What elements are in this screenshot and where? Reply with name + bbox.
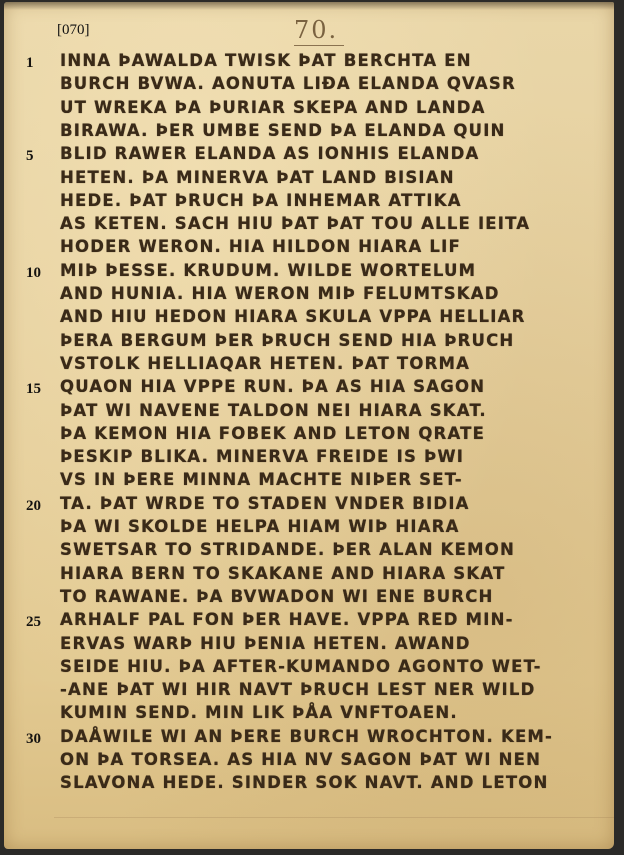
manuscript-line: 25ARHALF PAL FON ÞER HAVE. VPPA RED MIN- [4, 610, 614, 634]
manuscript-line: TO RAWANE. ÞA BVWADON WI ENE BURCH [4, 587, 614, 611]
line-text: BIRAWA. ÞER UMBE SEND ÞA ELANDA QUIN [60, 121, 506, 140]
line-text: ARHALF PAL FON ÞER HAVE. VPPA RED MIN- [60, 610, 514, 629]
line-number: 25 [26, 614, 50, 631]
line-text: TA. ÞAT WRDE TO STADEN VNDER BIDIA [60, 494, 470, 513]
line-text: BURCH BVWA. AONUTA LIÐA ELANDA QVASR [60, 74, 516, 93]
manuscript-line: AS KETEN. SACH HIU ÞAT ÞAT TOU ALLE IEIT… [4, 214, 614, 238]
line-text: ÞESKIP BLIKA. MINERVA FREIDE IS ÞWI [60, 447, 464, 466]
manuscript-line: HIARA BERN TO SKAKANE AND HIARA SKAT [4, 564, 614, 588]
line-text: INNA ÞAWALDA TWISK ÞAT BERCHTA EN [60, 51, 472, 70]
line-text: ÞAT WI NAVENE TALDON NEI HIARA SKAT. [60, 401, 487, 420]
manuscript-line: SEIDE HIU. ÞA AFTER-KUMANDO AGONTO WET- [4, 657, 614, 681]
line-text: ERVAS WARÞ HIU ÞENIA HETEN. AWAND [60, 634, 471, 653]
manuscript-line: ÞA WI SKOLDE HELPA HIAM WIÞ HIARA [4, 517, 614, 541]
manuscript-line: ERVAS WARÞ HIU ÞENIA HETEN. AWAND [4, 634, 614, 658]
line-text: VSTOLK HELLIAQAR HETEN. ÞAT TORMA [60, 354, 470, 373]
line-text: KUMIN SEND. MIN LIK ÞÅA VNFTOAEN. [60, 703, 458, 722]
line-text: UT WREKA ÞA ÞURIAR SKEPA AND LANDA [60, 98, 486, 117]
folio-number: 70. [294, 16, 344, 46]
line-text: MIÞ ÞESSE. KRUDUM. WILDE WORTELUM [60, 261, 476, 280]
line-text: AS KETEN. SACH HIU ÞAT ÞAT TOU ALLE IEIT… [60, 214, 530, 233]
line-text: TO RAWANE. ÞA BVWADON WI ENE BURCH [60, 587, 494, 606]
line-text: ÞERA BERGUM ÞER ÞRUCH SEND HIA ÞRUCH [60, 331, 514, 350]
line-text: HIARA BERN TO SKAKANE AND HIARA SKAT [60, 564, 505, 583]
manuscript-line: SLAVONA HEDE. SINDER SOK NAVT. AND LETON [4, 773, 614, 797]
line-text: AND HIU HEDON HIARA SKULA VPPA HELLIAR [60, 307, 526, 326]
line-text: BLID RAWER ELANDA AS IONHIS ELANDA [60, 144, 479, 163]
line-text: AND HUNIA. HIA WERON MIÞ FELUMTSKAD [60, 284, 500, 303]
line-text: SLAVONA HEDE. SINDER SOK NAVT. AND LETON [60, 773, 549, 792]
line-number: 10 [26, 265, 50, 282]
manuscript-line: ÞESKIP BLIKA. MINERVA FREIDE IS ÞWI [4, 447, 614, 471]
line-text: DAÅWILE WI AN ÞERE BURCH WROCHTON. KEM- [60, 727, 553, 746]
line-text: VS IN ÞERE MINNA MACHTE NIÞER SET- [60, 470, 463, 489]
line-text: HETEN. ÞA MINERVA ÞAT LAND BISIAN [60, 168, 455, 187]
line-text: ON ÞA TORSEA. AS HIA NV SAGON ÞAT WI NEN [60, 750, 541, 769]
line-text: HEDE. ÞAT ÞRUCH ÞA INHEMAR ATTIKA [60, 191, 462, 210]
bottom-ruling [54, 817, 614, 818]
manuscript-line: ÞAT WI NAVENE TALDON NEI HIARA SKAT. [4, 401, 614, 425]
manuscript-line: BURCH BVWA. AONUTA LIÐA ELANDA QVASR [4, 74, 614, 98]
line-text: HODER WERON. HIA HILDON HIARA LIF [60, 237, 461, 256]
line-text: SWETSAR TO STRIDANDE. ÞER ALAN KEMON [60, 540, 515, 559]
manuscript-line: VS IN ÞERE MINNA MACHTE NIÞER SET- [4, 470, 614, 494]
manuscript-line: 20TA. ÞAT WRDE TO STADEN VNDER BIDIA [4, 494, 614, 518]
manuscript-line: HETEN. ÞA MINERVA ÞAT LAND BISIAN [4, 168, 614, 192]
line-text: ÞA KEMON HIA FOBEK AND LETON QRATE [60, 424, 485, 443]
manuscript-line: 30DAÅWILE WI AN ÞERE BURCH WROCHTON. KEM… [4, 727, 614, 751]
manuscript-line: ON ÞA TORSEA. AS HIA NV SAGON ÞAT WI NEN [4, 750, 614, 774]
manuscript-line: UT WREKA ÞA ÞURIAR SKEPA AND LANDA [4, 98, 614, 122]
line-text: QUAON HIA VPPE RUN. ÞA AS HIA SAGON [60, 377, 485, 396]
manuscript-line: 15QUAON HIA VPPE RUN. ÞA AS HIA SAGON [4, 377, 614, 401]
manuscript-line: HODER WERON. HIA HILDON HIARA LIF [4, 237, 614, 261]
manuscript-line: VSTOLK HELLIAQAR HETEN. ÞAT TORMA [4, 354, 614, 378]
manuscript-line: -ANE ÞAT WI HIR NAVT ÞRUCH LEST NER WILD [4, 680, 614, 704]
manuscript-line: KUMIN SEND. MIN LIK ÞÅA VNFTOAEN. [4, 703, 614, 727]
line-text: SEIDE HIU. ÞA AFTER-KUMANDO AGONTO WET- [60, 657, 542, 676]
manuscript-line: SWETSAR TO STRIDANDE. ÞER ALAN KEMON [4, 540, 614, 564]
manuscript-line: 5BLID RAWER ELANDA AS IONHIS ELANDA [4, 144, 614, 168]
manuscript-line: HEDE. ÞAT ÞRUCH ÞA INHEMAR ATTIKA [4, 191, 614, 215]
line-number: 20 [26, 498, 50, 515]
line-number: 5 [26, 148, 50, 165]
line-number: 1 [26, 55, 50, 72]
manuscript-line: ÞA KEMON HIA FOBEK AND LETON QRATE [4, 424, 614, 448]
manuscript-line: 10MIÞ ÞESSE. KRUDUM. WILDE WORTELUM [4, 261, 614, 285]
line-number: 30 [26, 731, 50, 748]
manuscript-line: BIRAWA. ÞER UMBE SEND ÞA ELANDA QUIN [4, 121, 614, 145]
line-text: ÞA WI SKOLDE HELPA HIAM WIÞ HIARA [60, 517, 460, 536]
manuscript-line: ÞERA BERGUM ÞER ÞRUCH SEND HIA ÞRUCH [4, 331, 614, 355]
manuscript-page: [070] 70. 1INNA ÞAWALDA TWISK ÞAT BERCHT… [4, 2, 614, 849]
line-number: 15 [26, 381, 50, 398]
manuscript-line: 1INNA ÞAWALDA TWISK ÞAT BERCHTA EN [4, 51, 614, 75]
manuscript-line: AND HIU HEDON HIARA SKULA VPPA HELLIAR [4, 307, 614, 331]
page-reference: [070] [57, 22, 90, 39]
line-text: -ANE ÞAT WI HIR NAVT ÞRUCH LEST NER WILD [60, 680, 536, 699]
manuscript-line: AND HUNIA. HIA WERON MIÞ FELUMTSKAD [4, 284, 614, 308]
